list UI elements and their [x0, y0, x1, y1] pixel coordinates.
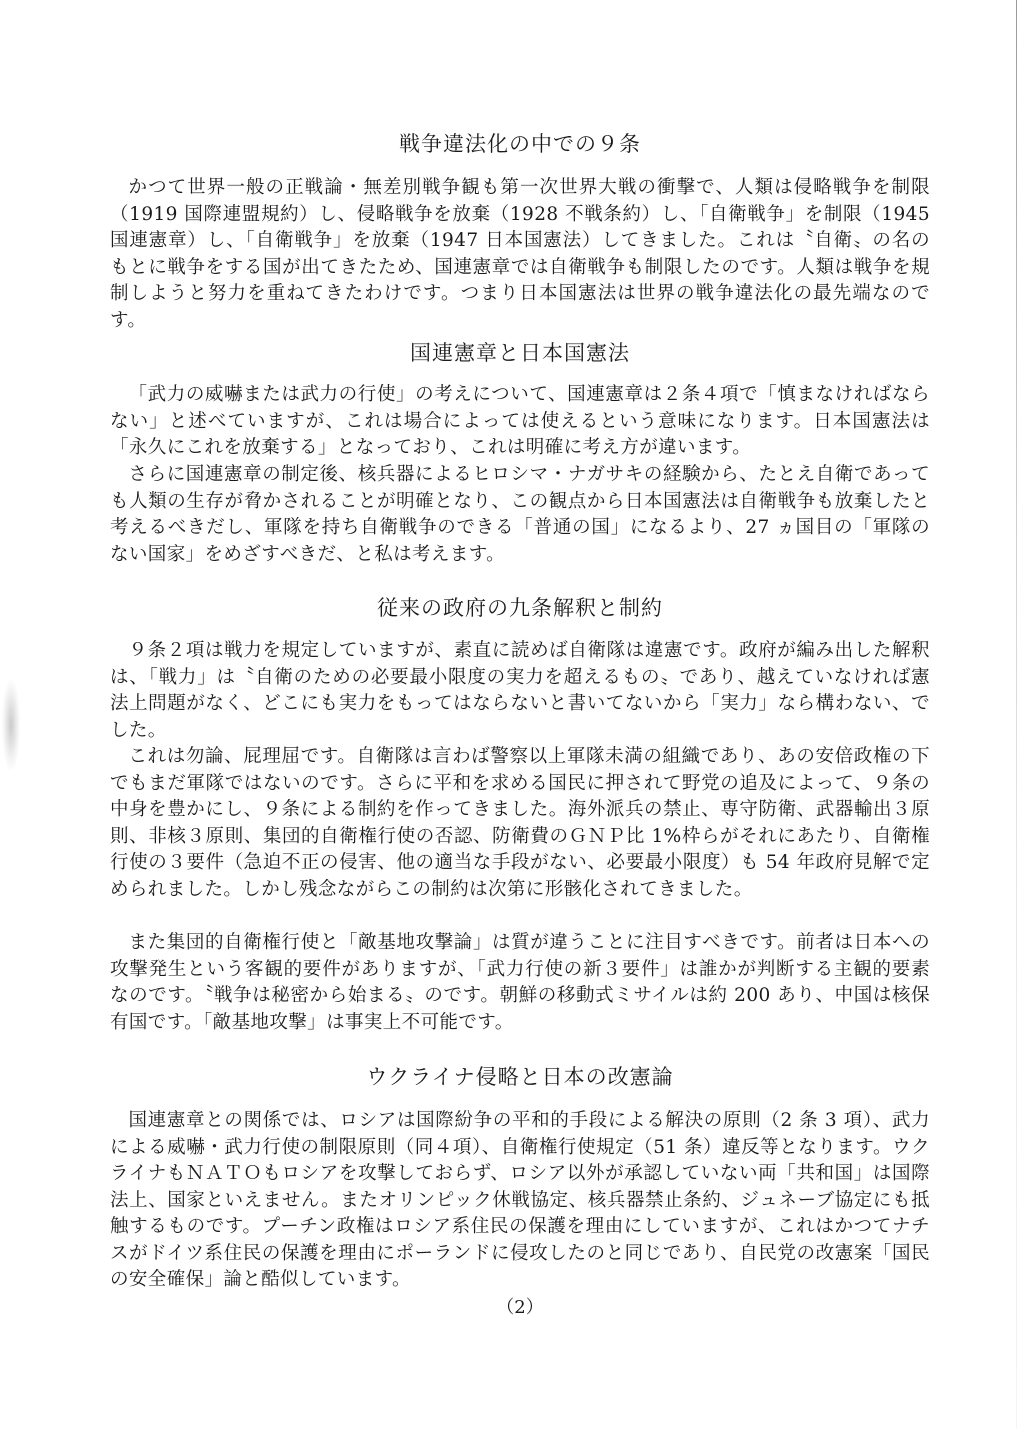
paragraph: また集団的自衛権行使と「敵基地攻撃論」は質が違うことに注目すべきです。前者は日本…	[110, 930, 930, 1036]
section-heading: 国連憲章と日本国憲法	[110, 337, 930, 367]
paragraph: 「武力の威嚇または武力の行使」の考えについて、国連憲章は２条４項で「慎まなければ…	[110, 382, 930, 462]
section-heading: 戦争違法化の中での９条	[110, 128, 930, 158]
paragraph: 国連憲章との関係では、ロシアは国際紛争の平和的手段による解決の原則（2 条 3 …	[110, 1108, 930, 1294]
paragraph: かつて世界一般の正戦論・無差別戦争観も第一次世界大戦の衝撃で、人類は侵略戦争を制…	[110, 175, 930, 334]
scan-smudge	[2, 680, 20, 770]
paragraph: さらに国連憲章の制定後、核兵器によるヒロシマ・ナガサキの経験から、たとえ自衛であ…	[110, 462, 930, 568]
section-heading: 従来の政府の九条解釈と制約	[110, 592, 930, 622]
paragraph: これは勿論、屁理屈です。自衛隊は言わば警察以上軍隊未満の組織であり、あの安倍政権…	[110, 744, 930, 903]
page-number: （2）	[110, 1293, 930, 1319]
paragraph: ９条２項は戦力を規定していますが、素直に読めば自衛隊は違憲です。政府が編み出した…	[110, 638, 930, 744]
section-heading: ウクライナ侵略と日本の改憲論	[110, 1061, 930, 1091]
scan-edge-line	[1016, 0, 1017, 1429]
